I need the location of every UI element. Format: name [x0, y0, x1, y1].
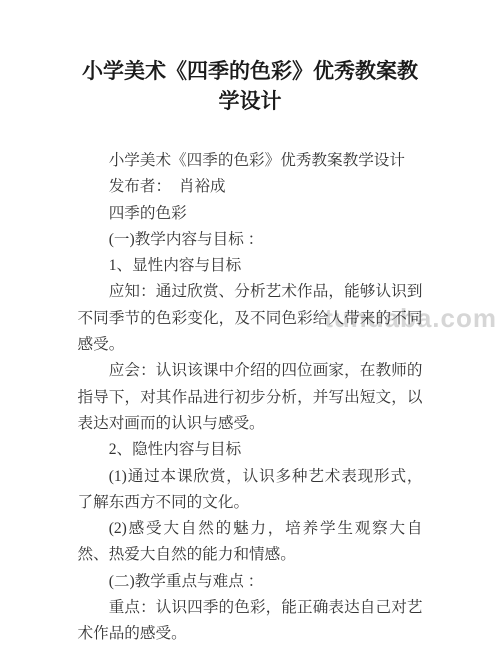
paragraph: 小学美术《四季的色彩》优秀教案教学设计: [78, 148, 423, 174]
page-title: 小学美术《四季的色彩》优秀教案教学设计: [74, 57, 426, 117]
paragraph: 四季的色彩: [78, 201, 423, 227]
paragraph: (一)教学内容与目标 ：: [78, 227, 423, 253]
paragraph: (二)教学重点与难点 ：: [78, 569, 423, 595]
document-page: 小学美术《四季的色彩》优秀教案教学设计 tunuaba.com 小学美术《四季的…: [0, 0, 500, 647]
paragraph: 发布者： 肖裕成: [78, 174, 423, 200]
paragraph: (1)通过本课欣赏，认识多种艺术表现形式，了解东西方不同的文化。: [78, 464, 423, 517]
paragraph: 重点：认识四季的色彩，能正确表达自己对艺术作品的感受。: [78, 595, 423, 647]
paragraph: 应知：通过欣赏、分析艺术作品，能够认识到不同季节的色彩变化，及不同色彩给人带来的…: [78, 279, 423, 358]
paragraph: 2、隐性内容与目标: [78, 437, 423, 463]
paragraph: (2)感受大自然的魅力，培养学生观察大自然、热爱大自然的能力和情感。: [78, 516, 423, 569]
paragraph: 1、显性内容与目标: [78, 253, 423, 279]
document-body: 小学美术《四季的色彩》优秀教案教学设计 发布者： 肖裕成 四季的色彩 (一)教学…: [78, 148, 423, 647]
paragraph: 应会：认识该课中介绍的四位画家，在教师的指导下，对其作品进行初步分析，并写出短文…: [78, 358, 423, 437]
